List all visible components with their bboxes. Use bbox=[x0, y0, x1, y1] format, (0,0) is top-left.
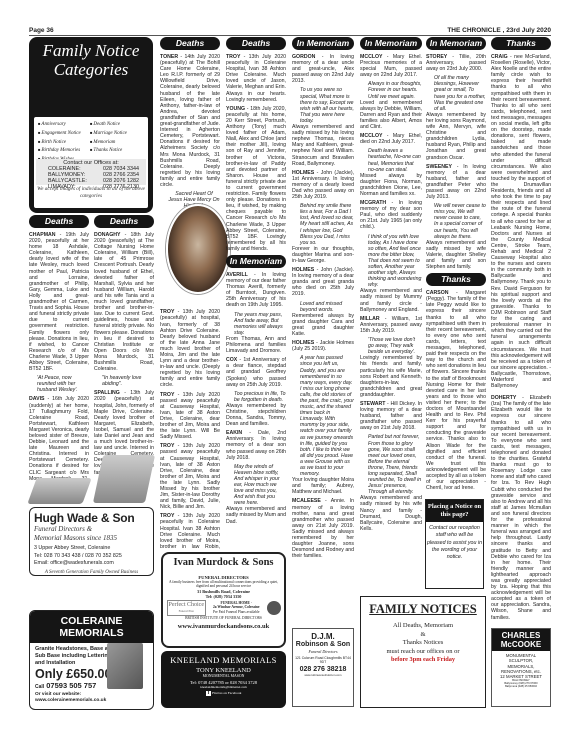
bible-icon bbox=[27, 478, 91, 504]
notice: YOUNG - 18th July 2020, peacefully at hi… bbox=[226, 106, 286, 252]
category-item: Marriage Notice bbox=[90, 129, 142, 138]
notice: AVERILL - In loving memory of our dear f… bbox=[226, 272, 286, 309]
notice: EAKIN - Dale, 2nd Anniversary. In loving… bbox=[226, 430, 286, 460]
website-link[interactable]: www.colerainememorials.co.uk bbox=[35, 698, 106, 703]
section-header-thanks: Thanks bbox=[426, 273, 486, 286]
section-header-deaths: Deaths bbox=[29, 215, 89, 228]
placing-notice-box: Placing a Notice on this page? Contact o… bbox=[425, 499, 484, 589]
bible-icon bbox=[93, 455, 155, 503]
notice: DAVIS - 16th July 2020 (suddenly) at her… bbox=[29, 396, 89, 480]
category-item: Birthday Memories bbox=[38, 146, 90, 155]
notice: MCALEESE - Annie. In memory of a loving … bbox=[292, 498, 354, 559]
website-link[interactable]: www.ivanmurdockandsons.co.uk bbox=[163, 623, 284, 630]
images-note: We accept images of individuals in all o… bbox=[34, 186, 148, 200]
categories-title: Family NoticeCategories bbox=[29, 37, 153, 79]
ivan-murdock-ad: Ivan Murdock & Sons FUNERAL DIRECTORS A … bbox=[161, 552, 286, 648]
hugh-wade-ad: Hugh Wade & Son Funeral Directors & Memo… bbox=[29, 507, 154, 576]
publication-date: THE CHRONICLE , 23rd July 2020 bbox=[447, 27, 551, 34]
memoriam-column-7: In Memoriam STOREY - Tillie, 20th Annive… bbox=[426, 37, 486, 494]
notice: STEWART - Hill Dickey. In loving memory … bbox=[360, 401, 422, 431]
notice: TROY - 13th July 2020 peacefully in Cole… bbox=[226, 54, 286, 103]
deaths-column-1: Deaths CHAPMAN - 19th July 2020, peacefu… bbox=[29, 215, 89, 480]
website-link[interactable]: www.robinsonsofculcrum.com bbox=[293, 673, 353, 677]
section-header-in-memoriam: In Memoriam bbox=[426, 37, 486, 50]
notice: TROY - 13th July 2020 passed away peacef… bbox=[160, 443, 220, 510]
category-list: AnniversaryDeath Notice Engagement Notic… bbox=[38, 120, 144, 164]
email-link[interactable]: kneelandmemorials@btinternet.com bbox=[161, 685, 286, 689]
notice: HOLMES - Jackie Holmes (July 25 2019). bbox=[292, 340, 354, 352]
notice: TONER - 14th July 2020 (peacefully) at T… bbox=[160, 54, 220, 188]
deaths-column-4: Deaths TROY - 13th July 2020 peacefully … bbox=[226, 37, 286, 528]
section-header-thanks: Thanks bbox=[491, 37, 551, 50]
headstone-image bbox=[107, 643, 143, 689]
memoriam-column-6: In Memoriam MCCLOY - Mary Ethel. Preciou… bbox=[360, 37, 422, 535]
section-header-deaths: Deaths bbox=[94, 215, 154, 228]
notice: TROY - 13th July 2020 peacefully in Cole… bbox=[160, 513, 220, 549]
email-link[interactable]: Email: office@wadesfunerals.com bbox=[34, 560, 114, 566]
notice: CARSON - Margaret (Peggy). The family of… bbox=[426, 290, 486, 491]
djm-robinson-ad: D.J.M. Robinson & Son Funeral Directors … bbox=[292, 628, 354, 707]
facebook-icon[interactable]: f bbox=[206, 691, 212, 696]
family-notices-box: FAMILY NOTICES All Deaths, Memoriam & Th… bbox=[360, 596, 486, 708]
category-item: Thanks Notice bbox=[90, 146, 142, 155]
notice: DONAGHY - 18th July 2020 (peacefully) at… bbox=[94, 232, 154, 372]
section-header-in-memoriam: In Memoriam bbox=[360, 37, 422, 50]
page-number: Page 36 bbox=[29, 27, 54, 34]
notice: SWEENEY - In loving memory of a dear hus… bbox=[426, 164, 486, 201]
portrait-photo bbox=[166, 204, 230, 294]
notice: COX - 1st Anniversary of a dear fiance, … bbox=[226, 357, 286, 387]
perfect-choice-logo: Perfect ChoiceFuneral Plan bbox=[167, 600, 206, 616]
notice: MCCLOY - Mary Ethel, died on 22nd July 2… bbox=[360, 133, 422, 145]
section-header-deaths: Deaths bbox=[160, 37, 220, 50]
deadline-text: before 3pm each Friday bbox=[361, 656, 485, 663]
kneeland-memorials-ad: Kneeland Memorials TONY KNEELAND MONUMEN… bbox=[161, 651, 286, 708]
family-notice-categories: Family NoticeCategories AnniversaryDeath… bbox=[29, 37, 153, 213]
page-header: Page 36 THE CHRONICLE , 23rd July 2020 bbox=[29, 25, 551, 36]
category-item: Memoriam bbox=[90, 138, 142, 147]
memoriam-column-5: In Memoriam GORDON - In loving memory of… bbox=[292, 37, 354, 562]
notice: HOLMES - John (Jackie), 1st Anniversary.… bbox=[292, 170, 354, 200]
notice: MCGRATH - In loving memory of my dear so… bbox=[360, 200, 422, 230]
notice: TROY - 13th July 2020 passed away peacef… bbox=[160, 392, 220, 441]
notice: STOREY - Tillie, 20th Anniversary, passe… bbox=[426, 54, 486, 72]
charles-mccooke-ad: CHARLESMcCOOKE MONUMENTAL SCULPTOR, MEMO… bbox=[491, 628, 551, 707]
notice: CRAIG - nee McFarland, Rosellen (Roselle… bbox=[491, 54, 551, 389]
section-header-deaths: Deaths bbox=[226, 37, 286, 50]
coleraine-memorials-ad: COLERAINE MEMORIALS Granite Headstones, … bbox=[29, 610, 154, 710]
section-header-in-memoriam: In Memoriam bbox=[226, 255, 286, 268]
section-header-in-memoriam: In Memoriam bbox=[292, 37, 354, 50]
notice: GORDON - In loving memory of a dear uncl… bbox=[292, 54, 354, 84]
category-item: Death Notice bbox=[90, 120, 142, 129]
thanks-column-8: Thanks CRAIG - nee McFarland, Rosellen (… bbox=[491, 37, 551, 624]
deaths-column-3: Deaths TONER - 14th July 2020 (peacefull… bbox=[160, 37, 220, 549]
category-item: Engagement Notice bbox=[38, 129, 90, 138]
notice: HOLMES - John (Jackie). In loving memory… bbox=[292, 267, 354, 297]
notice: MILLAR - William, 1st Anniversary, passe… bbox=[360, 316, 422, 334]
notice: DOHERTY - Elizabeth (Iza) The family of … bbox=[491, 395, 551, 620]
crest-icon bbox=[267, 601, 281, 615]
notice: TROY - 13th July 2020 (peacefully) at ho… bbox=[160, 309, 220, 388]
notice: MCCLOY - Mary Ethel. Precious memories o… bbox=[360, 54, 422, 78]
category-item: Anniversary bbox=[38, 120, 90, 129]
office-contacts: Contact our Offices at: COLERAINE:028 70… bbox=[36, 159, 146, 185]
category-item: Birth Notice bbox=[38, 138, 90, 147]
deaths-column-2: Deaths DONAGHY - 18th July 2020 (peacefu… bbox=[94, 215, 154, 479]
notice: CHAPMAN - 19th July 2020, peacefully at … bbox=[29, 232, 89, 372]
